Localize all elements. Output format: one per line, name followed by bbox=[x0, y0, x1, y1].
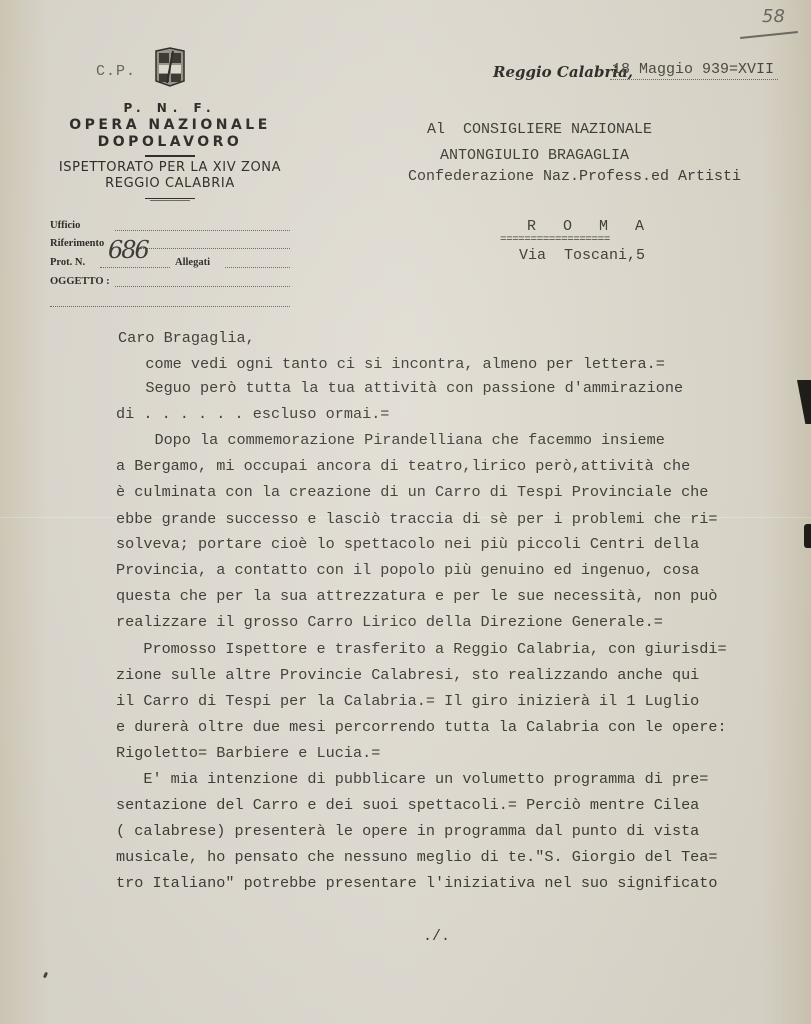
oggetto-field-line-2 bbox=[50, 306, 290, 307]
letterhead-divider bbox=[145, 155, 195, 157]
prot-label: Prot. N. bbox=[50, 257, 85, 268]
body-line: ebbe grande successo e lasciò traccia di… bbox=[116, 510, 718, 528]
body-line: sentazione del Carro e dei suoi spettaco… bbox=[116, 796, 699, 814]
body-line: Dopo la commemorazione Pirandelliana che… bbox=[118, 431, 665, 449]
addressee-rule: ================== bbox=[500, 234, 610, 246]
body-line: il Carro di Tespi per la Calabria.= Il g… bbox=[116, 692, 699, 710]
oggetto-field-line bbox=[115, 286, 290, 287]
body-line: E' mia intenzione di pubblicare un volum… bbox=[116, 770, 708, 788]
letterhead-office-line1: ISPETTORATO PER LA XIV ZONA bbox=[40, 160, 300, 175]
letterhead-office-line2: REGGIO CALABRIA bbox=[40, 176, 300, 191]
cp-mark: C.P. bbox=[96, 63, 136, 80]
body-line: realizzare il grosso Carro Lirico della … bbox=[116, 613, 663, 631]
letterhead-divider-bottom-2 bbox=[150, 200, 190, 201]
body-line: musicale, ho pensato che nessuno meglio … bbox=[116, 848, 718, 866]
archive-number-underline bbox=[740, 31, 798, 39]
body-line: Provincia, a contatto con il popolo più … bbox=[116, 561, 699, 579]
addressee-street: Via Toscani,5 bbox=[519, 247, 645, 264]
body-line: Seguo però tutta la tua attività con pas… bbox=[118, 379, 683, 397]
body-line: e durerà oltre due mesi percorrendo tutt… bbox=[116, 718, 727, 736]
riferimento-field-line bbox=[140, 248, 290, 249]
allegati-field-line bbox=[225, 267, 290, 268]
letterhead-divider-bottom bbox=[145, 198, 195, 199]
prot-field-line bbox=[100, 267, 170, 268]
body-line: Rigoletto= Barbiere e Lucia.= bbox=[116, 744, 380, 762]
dateline-dotted-line bbox=[610, 79, 778, 80]
addressee-city: R O M A bbox=[527, 218, 644, 235]
addressee-line2: ANTONGIULIO BRAGAGLIA bbox=[440, 147, 629, 164]
body-line: questa che per la sua attrezzatura e per… bbox=[116, 587, 718, 605]
oggetto-label: OGGETTO : bbox=[50, 276, 110, 287]
prot-number-handwritten: 686 bbox=[108, 236, 148, 264]
letter-page: 58 C.P. P. N. F. OPERA NAZIONALE DOPOLAV… bbox=[0, 0, 811, 1024]
body-line: tro Italiano" potrebbe presentare l'iniz… bbox=[116, 874, 718, 892]
body-line: come vedi ogni tanto ci si incontra, alm… bbox=[118, 355, 665, 373]
salutation: Caro Bragaglia, bbox=[118, 329, 255, 347]
body-line: di . . . . . . escluso ormai.= bbox=[116, 405, 389, 423]
ufficio-field-line bbox=[115, 230, 290, 231]
body-line: Promosso Ispettore e trasferito a Reggio… bbox=[116, 640, 727, 658]
continuation-mark: ./. bbox=[423, 928, 450, 945]
body-line: è culminata con la creazione di un Carro… bbox=[116, 483, 708, 501]
ink-speck bbox=[43, 972, 48, 979]
letterhead-org-line1: OPERA NAZIONALE bbox=[40, 117, 300, 133]
letterhead-org-line2: DOPOLAVORO bbox=[40, 134, 300, 150]
body-line: zione sulle altre Provincie Calabresi, s… bbox=[116, 666, 699, 684]
body-line: ( calabrese) presenterà le opere in prog… bbox=[116, 822, 699, 840]
dateline-date: 18 Maggio 939=XVII bbox=[612, 61, 774, 78]
letterhead-party: P. N. F. bbox=[40, 101, 300, 115]
body-line: solveva; portare cioè lo spettacolo nei … bbox=[116, 535, 699, 553]
archive-page-number: 58 bbox=[762, 6, 785, 27]
scan-edge-shadow bbox=[797, 380, 811, 424]
allegati-label: Allegati bbox=[175, 257, 210, 268]
emblem-icon bbox=[153, 47, 187, 87]
addressee-line1: Al CONSIGLIERE NAZIONALE bbox=[427, 121, 652, 138]
body-line: a Bergamo, mi occupai ancora di teatro,l… bbox=[116, 457, 690, 475]
ufficio-label: Ufficio bbox=[50, 220, 80, 231]
scan-edge-shadow-2 bbox=[804, 524, 811, 548]
addressee-line3: Confederazione Naz.Profess.ed Artisti bbox=[408, 168, 741, 185]
riferimento-label: Riferimento bbox=[50, 238, 104, 249]
